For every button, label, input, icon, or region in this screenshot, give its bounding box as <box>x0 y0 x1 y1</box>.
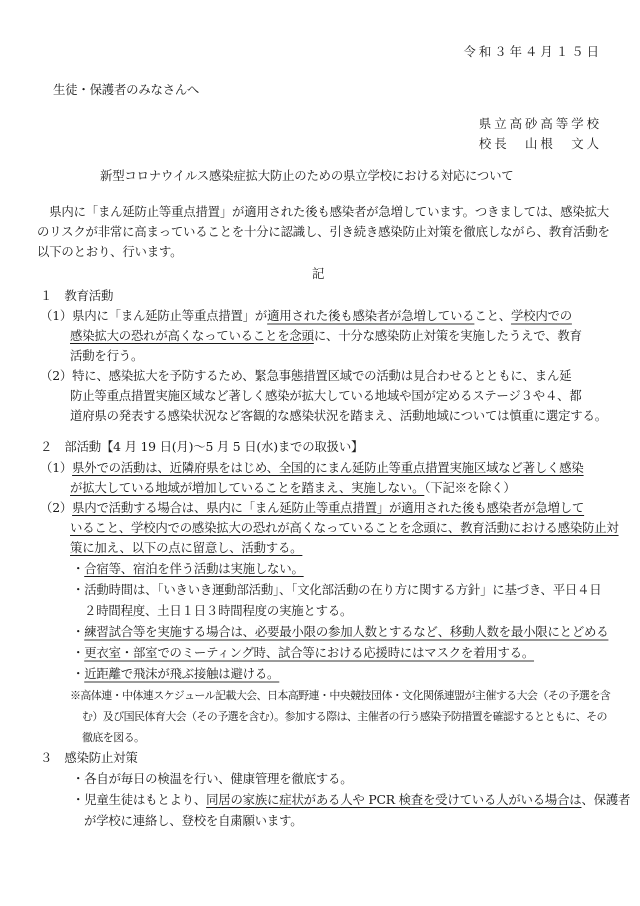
item-line: 感染拡大の恐れが高くなっていることを念頭に、十分な感染防止対策を実施したうえで、… <box>70 330 582 342</box>
text: （下記※を除く） <box>424 480 515 495</box>
bullet-dot: ・ <box>72 561 84 576</box>
text: ・児童生徒はもとより、 <box>72 792 206 807</box>
item-line: 活動を行う。 <box>70 350 143 362</box>
item-line: （2）県内で活動する場合は、県内に「まん延防止等重点措置」が適用された後も感染者… <box>40 502 584 514</box>
item-line: （1）県内に「まん延防止等重点措置」が適用された後も感染者が急増していること、学… <box>40 310 572 322</box>
school-name: 県立高砂高等学校 <box>479 118 602 130</box>
text: こと、 <box>474 308 511 323</box>
underlined-text: 適用された後も感染者が急増している <box>267 308 474 323</box>
underlined-text: 同居の家族に症状がある人や PCR 検査を受けている人がいる場合は <box>206 792 581 807</box>
bullet-item: ・練習試合等を実施する場合は、必要最小限の参加人数とするなど、移動人数を最小限に… <box>72 626 608 638</box>
section-heading: ３ 感染防止対策 <box>40 752 138 764</box>
bullet-item: ・合宿等、宿泊を伴う活動は実施しない。 <box>72 563 304 575</box>
underlined-text: が拡大している地域が増加していることを踏まえ、実施しない。 <box>70 480 424 495</box>
section-heading: ２ 部活動【4 月 19 日(月)～5 月 5 日(水)までの取扱い】 <box>40 441 363 453</box>
item-line: 防止等重点措置実施区域など著しく感染が拡大している地域や国が定めるステージ３や４… <box>70 390 582 402</box>
bullet-item-continued: が学校に連絡し、登校を自粛願います。 <box>84 815 302 827</box>
underlined-text: 更衣室・部室でのミーティング時、試合等における応援時にはマスクを着用する。 <box>84 645 534 660</box>
bullet-dot: ・ <box>72 624 84 639</box>
footnote-line: む）及び国民体育大会（その予選を含む）。参加する際は、主催者の行う感染予防措置を… <box>82 711 607 722</box>
bullet-item: ・各自が毎日の検温を行い、健康管理を徹底する。 <box>72 773 352 785</box>
underlined-text: 近距離で飛沫が飛ぶ接触は避ける。 <box>84 666 279 681</box>
underlined-text: 県外での活動は、近隣府県をはじめ、全国的にまん延防止等重点措置実施区域など著しく… <box>72 460 584 475</box>
intro-line: 以下のとおり、行います。 <box>37 246 182 258</box>
text: （2） <box>40 500 72 515</box>
intro-line: のリスクが非常に高まっていることを十分に認識し、引き続き感染防止対策を徹底しなが… <box>37 226 610 238</box>
underlined-text: 感染拡大の恐れが高くなっていることを念頭 <box>70 328 314 343</box>
principal-name: 校長 山根 文人 <box>479 138 602 150</box>
underlined-text: 策に加え、以下の点に留意し、活動する。 <box>70 540 302 555</box>
text: （1）県内に「まん延防止等重点措置」が <box>40 308 267 323</box>
item-line: が拡大している地域が増加していることを踏まえ、実施しない。（下記※を除く） <box>70 482 516 494</box>
bullet-item: ・活動時間は、「いきいき運動部活動」、「文化部活動の在り方に関する方針」に基づき… <box>72 584 601 596</box>
underlined-text: 県内で活動する場合は、県内に「まん延防止等重点措置」が適用された後も感染者が急増… <box>72 500 584 515</box>
item-line: （1）県外での活動は、近隣府県をはじめ、全国的にまん延防止等重点措置実施区域など… <box>40 462 584 474</box>
text: 、保護者 <box>581 792 630 807</box>
text: に、十分な感染防止対策を実施したうえで、教育 <box>314 328 582 343</box>
section-heading: １ 教育活動 <box>40 290 113 302</box>
item-line: 策に加え、以下の点に留意し、活動する。 <box>70 542 302 554</box>
underlined-text: 学校内での <box>511 308 572 323</box>
document-date: 令和３年４月１５日 <box>463 46 602 58</box>
intro-line: 県内に「まん延防止等重点措置」が適用された後も感染者が急増しています。つきまして… <box>37 206 609 218</box>
bullet-item: ・更衣室・部室でのミーティング時、試合等における応援時にはマスクを着用する。 <box>72 647 534 659</box>
footnote-line: ※高体連・中体連スケジュール記載大会、日本高野連・中央競技団体・文化関係連盟が主… <box>70 690 610 701</box>
bullet-item: ・近距離で飛沫が飛ぶ接触は避ける。 <box>72 668 279 680</box>
addressee: 生徒・保護者のみなさんへ <box>53 84 199 96</box>
underlined-text: いること、学校内での感染拡大の恐れが高くなっていることを念頭に、教育活動における… <box>70 520 619 535</box>
underlined-text: 合宿等、宿泊を伴う活動は実施しない。 <box>84 561 303 576</box>
underlined-text: 練習試合等を実施する場合は、必要最小限の参加人数とするなど、移動人数を最小限にと… <box>84 624 608 639</box>
item-line: いること、学校内での感染拡大の恐れが高くなっていることを念頭に、教育活動における… <box>70 522 619 534</box>
item-line: 道府県の発表する感染状況など客観的な感染状況を踏まえ、活動地域については慎重に選… <box>70 410 607 422</box>
document-title: 新型コロナウイルス感染症拡大防止のための県立学校における対応について <box>100 170 514 182</box>
footnote-line: 徹底を図る。 <box>82 732 144 743</box>
bullet-dot: ・ <box>72 645 84 660</box>
ki-heading: 記 <box>312 268 324 280</box>
item-line: （2）特に、感染拡大を予防するため、緊急事態措置区域での活動は見合わせるとともに… <box>40 370 571 382</box>
bullet-dot: ・ <box>72 666 84 681</box>
bullet-item: ・児童生徒はもとより、同居の家族に症状がある人や PCR 検査を受けている人がい… <box>72 794 630 806</box>
text: （1） <box>40 460 72 475</box>
bullet-item-continued: ２時間程度、土日１日３時間程度の実施とする。 <box>84 605 352 617</box>
